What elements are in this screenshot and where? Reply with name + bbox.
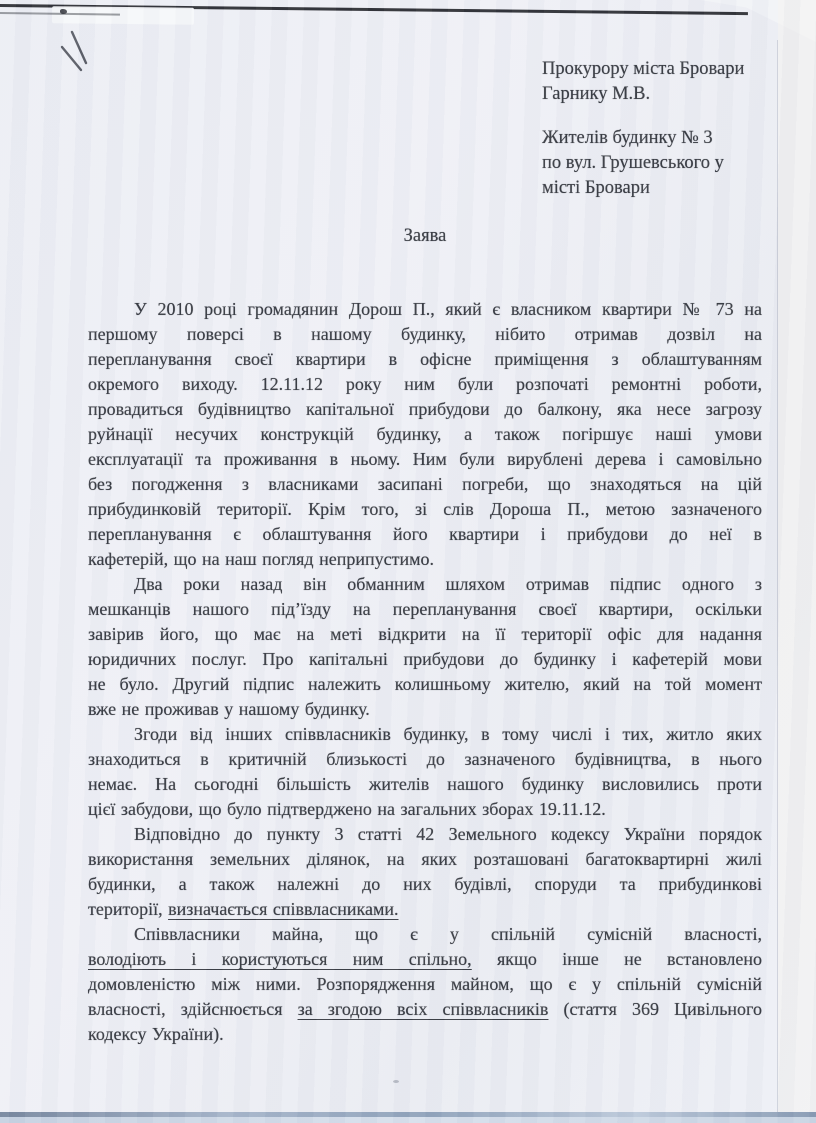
text-line: немає. На сьогодні більшість жителів наш… [88, 772, 762, 797]
text-line: перепланування своєї квартири в офісне п… [88, 347, 762, 372]
scanned-letter-page: Прокурору міста Бровари Гарнику М.В. Жит… [0, 0, 816, 1123]
scan-dark-speck [60, 9, 67, 14]
text-line: експлуатації та проживання в ньому. Ним … [88, 447, 762, 472]
text-run: провадиться будівництво капітальної приб… [88, 399, 762, 419]
text-line: будинки, а також належні до них будівлі,… [88, 872, 762, 897]
text-run: цієї забудови, що було підтверджено на з… [88, 799, 606, 819]
paragraph: Згоди від інших співвласників будинку, в… [88, 722, 762, 822]
text-run: кафетерій, що на наш погляд неприпустимо… [88, 549, 434, 569]
underlined-text: володіють і користуються ним спільно, [88, 949, 472, 969]
text-run: експлуатації та проживання в ньому. Ним … [88, 449, 762, 469]
text-line: кафетерій, що на наш погляд неприпустимо… [88, 547, 762, 572]
text-line: Згоди від інших співвласників будинку, в… [88, 722, 762, 747]
text-line: кодексу України). [88, 1022, 762, 1047]
text-line: юридичних послуг. Про капітальні прибудо… [88, 647, 762, 672]
text-line: перепланування є облаштування його кварт… [88, 522, 762, 547]
paragraph: Два роки назад він обманним шляхом отрим… [88, 572, 762, 722]
text-line: цієї забудови, що було підтверджено на з… [88, 797, 762, 822]
text-run: перепланування є облаштування його кварт… [88, 524, 762, 544]
text-run: Два роки назад він обманним шляхом отрим… [134, 574, 762, 594]
pen-check-mark [52, 25, 94, 77]
text-line: Співвласники майна, що є у спільній сумі… [88, 922, 762, 947]
text-run: знаходиться в критичній близькості до за… [88, 749, 762, 769]
text-run: руйнації несучих конструкцій будинку, а … [88, 424, 762, 444]
text-run: (стаття 369 Цивільного [548, 999, 762, 1019]
text-run: У 2010 році громадянин Дорош П., який є … [134, 299, 762, 319]
text-run: першому поверсі в нашому будинку, нібито… [88, 324, 762, 344]
text-run: території, [88, 899, 168, 919]
recipient-line: Прокурору міста Бровари [542, 57, 744, 82]
text-line: не було. Другий підпис належить колишньо… [88, 672, 762, 697]
sender-line: місті Бровари [542, 176, 744, 201]
text-run: мешканців нашого під’їзду на перепланува… [88, 599, 762, 619]
text-run: домовленістю між ними. Розпорядження май… [88, 974, 762, 994]
text-line: домовленістю між ними. Розпорядження май… [88, 972, 762, 997]
text-run: окремого виходу. 12.11.12 року ним були … [88, 374, 762, 394]
text-run: Співвласники майна, що є у спільній сумі… [134, 924, 762, 944]
text-run: Відповідно до пункту 3 статті 42 Земельн… [134, 824, 762, 844]
scan-white-patch [52, 6, 194, 24]
text-line: вже не проживав у нашому будинку. [88, 697, 762, 722]
recipient-line: Гарнику М.В. [542, 82, 744, 107]
text-run: не було. Другий підпис належить колишньо… [88, 674, 762, 694]
sender-line: Жителів будинку № 3 [542, 126, 744, 151]
text-run: без погодження з власниками засипані пог… [88, 474, 762, 494]
text-line: завірив його, що має на меті відкрити на… [88, 622, 762, 647]
text-run: вже не проживав у нашому будинку. [88, 699, 370, 719]
page-title: Заява [88, 226, 762, 247]
scan-smudge [393, 1080, 399, 1083]
text-run: Згоди від інших співвласників будинку, в… [134, 724, 762, 744]
underlined-text: визначається співвласниками. [168, 899, 398, 919]
text-line: без погодження з власниками засипані пог… [88, 472, 762, 497]
underlined-text: за згодою всіх співвласників [298, 999, 549, 1019]
text-line: власності, здійснюється за згодою всіх с… [88, 997, 762, 1022]
text-run: будинки, а також належні до них будівлі,… [88, 874, 762, 894]
text-line: Відповідно до пункту 3 статті 42 Земельн… [88, 822, 762, 847]
text-line: території, визначається співвласниками. [88, 897, 762, 922]
text-run: прибудинковій території. Крім того, зі с… [88, 499, 762, 519]
text-run: завірив його, що має на меті відкрити на… [88, 624, 762, 644]
text-line: окремого виходу. 12.11.12 року ним були … [88, 372, 762, 397]
text-run: юридичних послуг. Про капітальні прибудо… [88, 649, 762, 669]
text-line: прибудинковій території. Крім того, зі с… [88, 497, 762, 522]
scan-bottom-background [0, 1117, 816, 1123]
text-run: перепланування своєї квартири в офісне п… [88, 349, 762, 369]
letter-body: У 2010 році громадянин Дорош П., який є … [88, 297, 762, 1047]
text-line: мешканців нашого під’їзду на перепланува… [88, 597, 762, 622]
paragraph: Співвласники майна, що є у спільній сумі… [88, 922, 762, 1047]
text-line: провадиться будівництво капітальної приб… [88, 397, 762, 422]
text-run: власності, здійснюється [88, 999, 298, 1019]
letter-header-block: Прокурору міста Бровари Гарнику М.В. Жит… [542, 57, 744, 201]
text-run: якщо інше не встановлено [472, 949, 762, 969]
text-line: знаходиться в критичній близькості до за… [88, 747, 762, 772]
text-line: першому поверсі в нашому будинку, нібито… [88, 322, 762, 347]
text-line: руйнації несучих конструкцій будинку, а … [88, 422, 762, 447]
text-line: Два роки назад він обманним шляхом отрим… [88, 572, 762, 597]
text-line: володіють і користуються ним спільно, як… [88, 947, 762, 972]
text-line: використання земельних ділянок, на яких … [88, 847, 762, 872]
text-run: використання земельних ділянок, на яких … [88, 849, 762, 869]
paragraph: У 2010 році громадянин Дорош П., який є … [88, 297, 762, 572]
text-run: немає. На сьогодні більшість жителів наш… [88, 774, 762, 794]
text-line: У 2010 році громадянин Дорош П., який є … [88, 297, 762, 322]
scan-right-edge-line [777, 40, 779, 1112]
paragraph: Відповідно до пункту 3 статті 42 Земельн… [88, 822, 762, 922]
text-run: кодексу України). [88, 1024, 224, 1044]
sender-line: по вул. Грушевського у [542, 151, 744, 176]
scan-right-page-edge [778, 0, 816, 1113]
